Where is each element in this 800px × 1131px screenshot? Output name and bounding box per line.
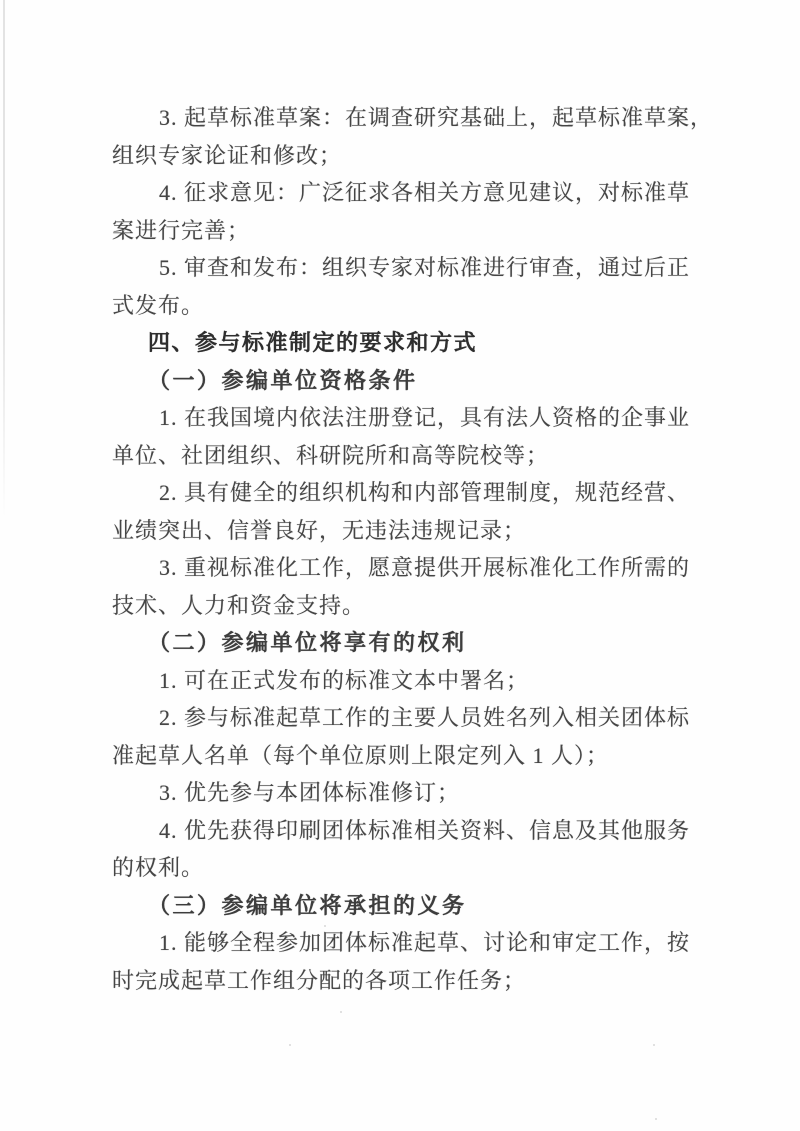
subsection-heading: （三）参编单位将承担的义务 — [112, 887, 702, 925]
paragraph-line: 业绩突出、信誉良好，无违法违规记录； — [112, 512, 702, 550]
paragraph-line: 5. 审查和发布：组织专家对标准进行审查，通过后正 — [112, 249, 702, 287]
paragraph-line: 组织专家论证和修改； — [112, 137, 702, 175]
paragraph-line: 式发布。 — [112, 287, 702, 325]
document-page: 3. 起草标准草案：在调查研究基础上，起草标准草案， 组织专家论证和修改； 4.… — [0, 0, 800, 1131]
paragraph-line: 准起草人名单（每个单位原则上限定列入 1 人）； — [112, 737, 702, 775]
paragraph-line: 4. 优先获得印刷团体标准相关资料、信息及其他服务 — [112, 812, 702, 850]
paragraph-line: 单位、社团组织、科研院所和高等院校等； — [112, 437, 702, 475]
scan-speck — [289, 1044, 291, 1046]
scan-speck — [340, 1011, 342, 1013]
paragraph-line: 4. 征求意见：广泛征求各相关方意见建议，对标准草 — [112, 174, 702, 212]
scan-speck — [653, 1044, 655, 1046]
paragraph-line: 1. 可在正式发布的标准文本中署名； — [112, 662, 702, 700]
section-heading: 四、参与标准制定的要求和方式 — [112, 324, 702, 362]
subsection-heading: （二）参编单位将享有的权利 — [112, 624, 702, 662]
paragraph-line: 3. 起草标准草案：在调查研究基础上，起草标准草案， — [112, 99, 702, 137]
paragraph-line: 2. 参与标准起草工作的主要人员姓名列入相关团体标 — [112, 699, 702, 737]
scan-speck — [324, 925, 326, 927]
paragraph-line: 2. 具有健全的组织机构和内部管理制度，规范经营、 — [112, 474, 702, 512]
scan-edge-artifact — [3, 0, 5, 520]
scan-speck — [655, 1118, 657, 1120]
paragraph-line: 1. 在我国境内依法注册登记，具有法人资格的企事业 — [112, 399, 702, 437]
paragraph-line: 的权利。 — [112, 849, 702, 887]
paragraph-line: 技术、人力和资金支持。 — [112, 587, 702, 625]
document-text: 3. 起草标准草案：在调查研究基础上，起草标准草案， 组织专家论证和修改； 4.… — [112, 99, 702, 999]
paragraph-line: 3. 优先参与本团体标准修订； — [112, 774, 702, 812]
paragraph-line: 案进行完善； — [112, 212, 702, 250]
subsection-heading: （一）参编单位资格条件 — [112, 362, 702, 400]
paragraph-line: 3. 重视标准化工作，愿意提供开展标准化工作所需的 — [112, 549, 702, 587]
paragraph-line: 时完成起草工作组分配的各项工作任务； — [112, 962, 702, 1000]
paragraph-line: 1. 能够全程参加团体标准起草、讨论和审定工作，按 — [112, 924, 702, 962]
